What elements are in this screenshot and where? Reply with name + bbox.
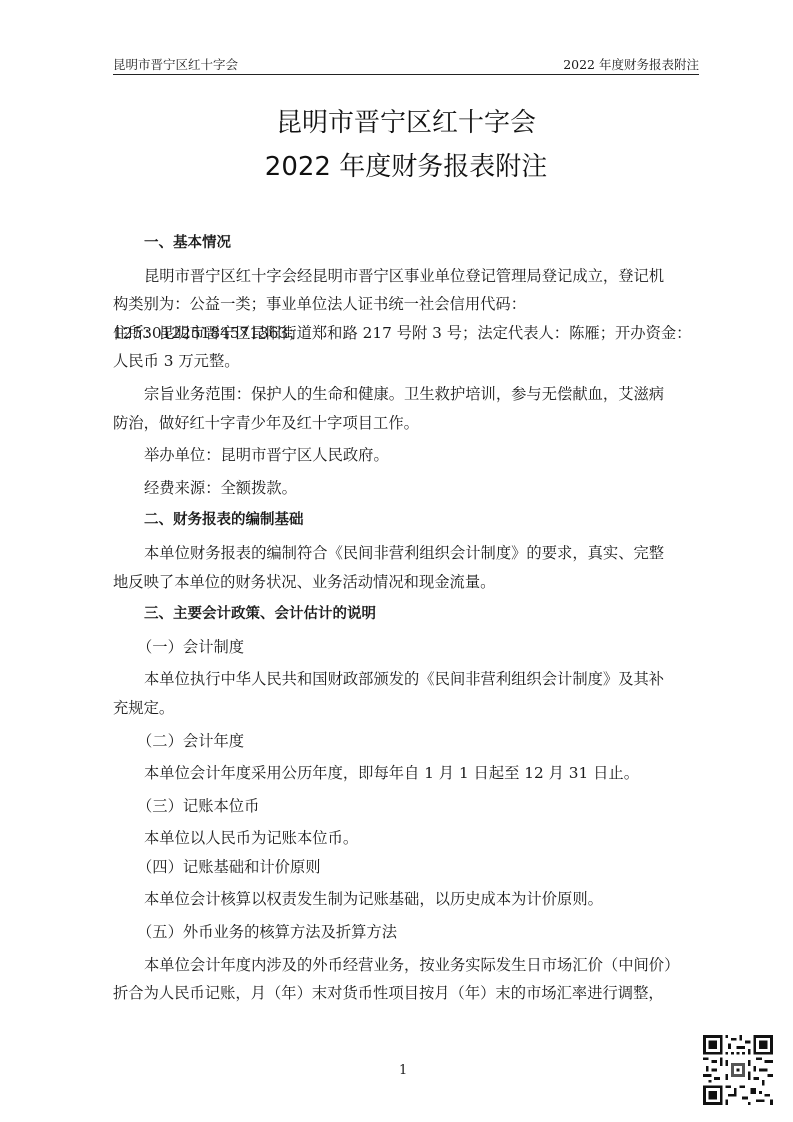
paragraph-line: 本单位以人民币为记账本位币。	[113, 824, 703, 853]
page-number: 1	[399, 1063, 407, 1078]
paragraph-line: 住所：昆明市晋宁区昆阳街道郑和路 217 号附 3 号；法定代表人：陈雁；开办资…	[113, 319, 703, 348]
section-heading-basic-info: 一、基本情况	[113, 229, 703, 258]
paragraph-line: 地反映了本单位的财务状况、业务活动情况和现金流量。	[113, 568, 703, 597]
qr-code-icon	[703, 1035, 773, 1105]
section-heading-basis: 二、财务报表的编制基础	[113, 506, 703, 535]
paragraph-line: 本单位会计年度内涉及的外币经营业务，按业务实际发生日市场汇价（中间价）	[113, 951, 703, 980]
page-header: 昆明市晋宁区红十字会 2022 年度财务报表附注	[113, 52, 699, 75]
subsection-title: （五）外币业务的核算方法及折算方法	[113, 918, 703, 947]
section-heading-policies: 三、主要会计政策、会计估计的说明	[113, 600, 703, 629]
header-org-name: 昆明市晋宁区红十字会	[113, 55, 238, 73]
paragraph-line: 防治，做好红十字青少年及红十字项目工作。	[113, 409, 703, 438]
paragraph-sponsor: 举办单位：昆明市晋宁区人民政府。	[113, 441, 703, 470]
paragraph-line: 本单位财务报表的编制符合《民间非营利组织会计制度》的要求，真实、完整	[113, 539, 703, 568]
paragraph-line: 昆明市晋宁区红十字会经昆明市晋宁区事业单位登记管理局登记成立，登记机	[113, 262, 703, 291]
paragraph-line: 本单位执行中华人民共和国财政部颁发的《民间非营利组织会计制度》及其补	[113, 665, 703, 694]
paragraph-line: 构类别为：公益一类；事业单位法人证书统一社会信用代码：1253012251845…	[113, 290, 703, 319]
subsection-title: （三）记账本位币	[113, 792, 703, 821]
document-title-line1: 昆明市晋宁区红十字会	[113, 102, 699, 139]
paragraph-line: 本单位会计核算以权责发生制为记账基础，以历史成本为计价原则。	[113, 885, 703, 914]
subsection-title: （二）会计年度	[113, 727, 703, 756]
subsection-title: （四）记账基础和计价原则	[113, 853, 703, 882]
paragraph-line: 充规定。	[113, 694, 703, 723]
paragraph-line: 本单位会计年度采用公历年度，即每年自 1 月 1 日起至 12 月 31 日止。	[113, 759, 703, 788]
document-title-line2: 2022 年度财务报表附注	[113, 146, 699, 183]
header-doc-title: 2022 年度财务报表附注	[563, 55, 699, 73]
paragraph-funding: 经费来源：全额拨款。	[113, 474, 703, 503]
paragraph-line: 人民币 3 万元整。	[113, 347, 703, 376]
paragraph-line: 折合为人民币记账，月（年）末对货币性项目按月（年）末的市场汇率进行调整，	[113, 979, 703, 1008]
paragraph-line: 宗旨业务范围：保护人的生命和健康。卫生救护培训，参与无偿献血，艾滋病	[113, 380, 703, 409]
document-body: 一、基本情况 昆明市晋宁区红十字会经昆明市晋宁区事业单位登记管理局登记成立，登记…	[113, 229, 703, 1008]
subsection-title: （一）会计制度	[113, 633, 703, 662]
